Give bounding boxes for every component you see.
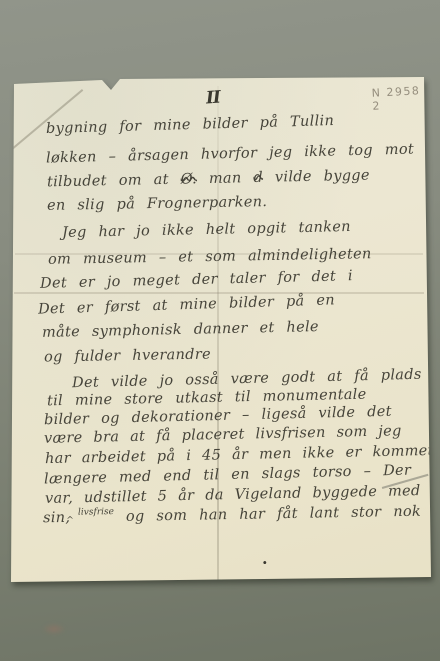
- line-fragment: man: [209, 170, 242, 187]
- crossed-out-word: Ø.: [181, 171, 198, 187]
- paper-shadow: N 2958 - 2 II bygning for mine bilder på…: [0, 0, 440, 661]
- fold-crease-corner: [12, 89, 83, 149]
- manuscript-line: bygning for mine bilder på Tullin: [46, 113, 335, 137]
- fold-crease-horizontal-lower: [14, 292, 424, 294]
- manuscript-line: var, udstillet 5 år da Vigeland byggede …: [45, 483, 421, 507]
- manuscript-line: Det er først at mine bilder på en: [38, 292, 335, 317]
- photo-background: N 2958 - 2 II bygning for mine bilder på…: [0, 0, 440, 661]
- manuscript-line: tilbudet om at Ø. man d vilde bygge: [47, 168, 370, 191]
- manuscript-line: en slig på Frognerparken.: [47, 194, 267, 214]
- archival-number: N 2958 - 2: [371, 83, 440, 113]
- letter-paper: N 2958 - 2 II bygning for mine bilder på…: [0, 0, 440, 661]
- manuscript-line: Det er jo meget der taler for det i: [40, 268, 353, 292]
- crossed-out-word: d: [253, 170, 263, 186]
- line-fragment: tilbudet om at: [47, 172, 169, 191]
- inserted-word: livsfrise: [78, 507, 114, 518]
- manuscript-line: måte symphonisk danner et hele: [42, 319, 319, 341]
- manuscript-line: løkken – årsagen hvorfor jeg ikke tog mo…: [46, 142, 414, 167]
- ink-dot: .: [262, 549, 268, 568]
- manuscript-line: om museum – et som almindeligheten: [48, 246, 372, 268]
- manuscript-line: Det vilde jo osså være godt at få plads: [72, 367, 422, 392]
- page-number: II: [205, 88, 220, 109]
- line-fragment: vilde bygge: [275, 168, 370, 186]
- line-fragment: og som han har fåt lant stor nok: [126, 504, 421, 525]
- insertion-caret: ^: [66, 516, 74, 526]
- manuscript-line: Jeg har jo ikke helt opgit tanken: [62, 219, 351, 241]
- manuscript-line: sin,^livsfrise og som han har fåt lant s…: [43, 504, 421, 527]
- manuscript-line: og fulder hverandre: [44, 347, 211, 366]
